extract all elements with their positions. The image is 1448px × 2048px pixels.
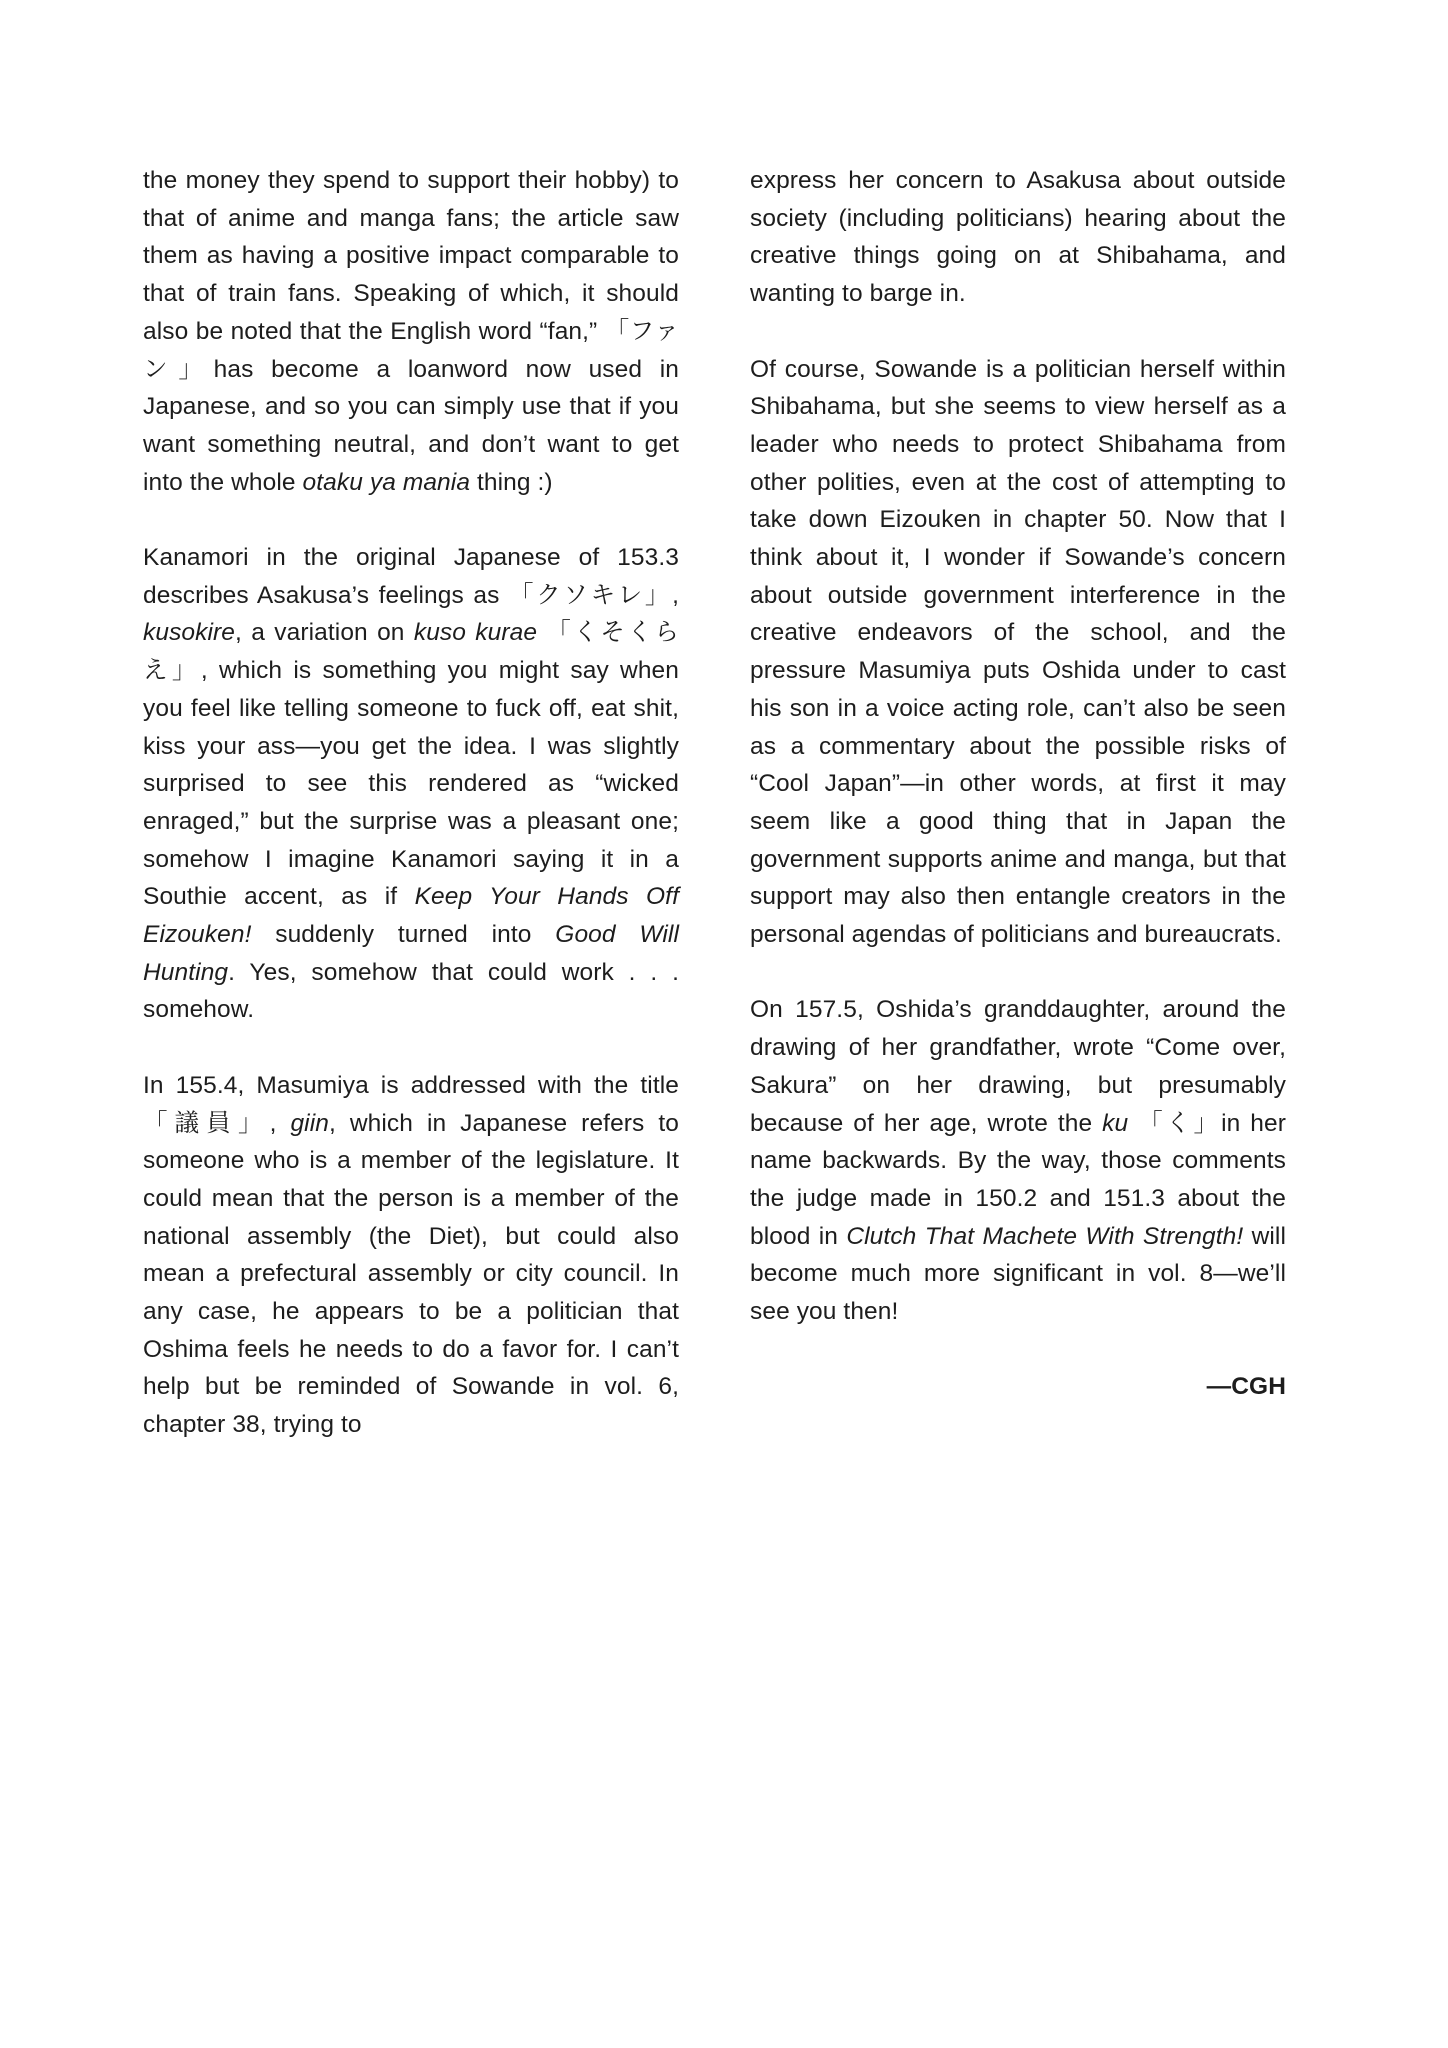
text-run: 「くそくらえ」, which is something you might sa… <box>143 619 679 910</box>
paragraph: In 155.4, Masumiya is addressed with the… <box>143 1067 679 1444</box>
text-run: thing :) <box>470 469 553 496</box>
paragraph: express her concern to Asakusa about out… <box>750 162 1286 313</box>
right-column: express her concern to Asakusa about out… <box>750 162 1286 1406</box>
text-run: suddenly turned into <box>252 921 556 948</box>
text-run: , a variation on <box>235 619 414 646</box>
text-run: express her concern to Asakusa about out… <box>750 167 1286 307</box>
italic-title: kusokire <box>143 619 235 646</box>
author-signature: —CGH <box>750 1368 1286 1406</box>
text-run: , which in Japanese refers to someone wh… <box>143 1110 679 1439</box>
italic-title: ku <box>1102 1110 1128 1137</box>
paragraph: the money they spend to support their ho… <box>143 162 679 501</box>
italic-title: otaku ya mania <box>303 469 471 496</box>
paragraph: Of course, Sowande is a politician herse… <box>750 351 1286 954</box>
text-run: Of course, Sowande is a politician herse… <box>750 356 1286 949</box>
text-run: Kanamori in the original Japanese of 153… <box>143 544 679 609</box>
paragraph: On 157.5, Oshida’s granddaughter, around… <box>750 991 1286 1330</box>
document-page: the money they spend to support their ho… <box>0 0 1448 2048</box>
paragraph: Kanamori in the original Japanese of 153… <box>143 539 679 1029</box>
italic-title: giin <box>290 1110 329 1137</box>
left-column: the money they spend to support their ho… <box>143 162 679 1444</box>
text-run: the money they spend to support their ho… <box>143 167 679 496</box>
italic-title: Clutch That Machete With Strength! <box>846 1223 1243 1250</box>
italic-title: kuso kurae <box>414 619 537 646</box>
